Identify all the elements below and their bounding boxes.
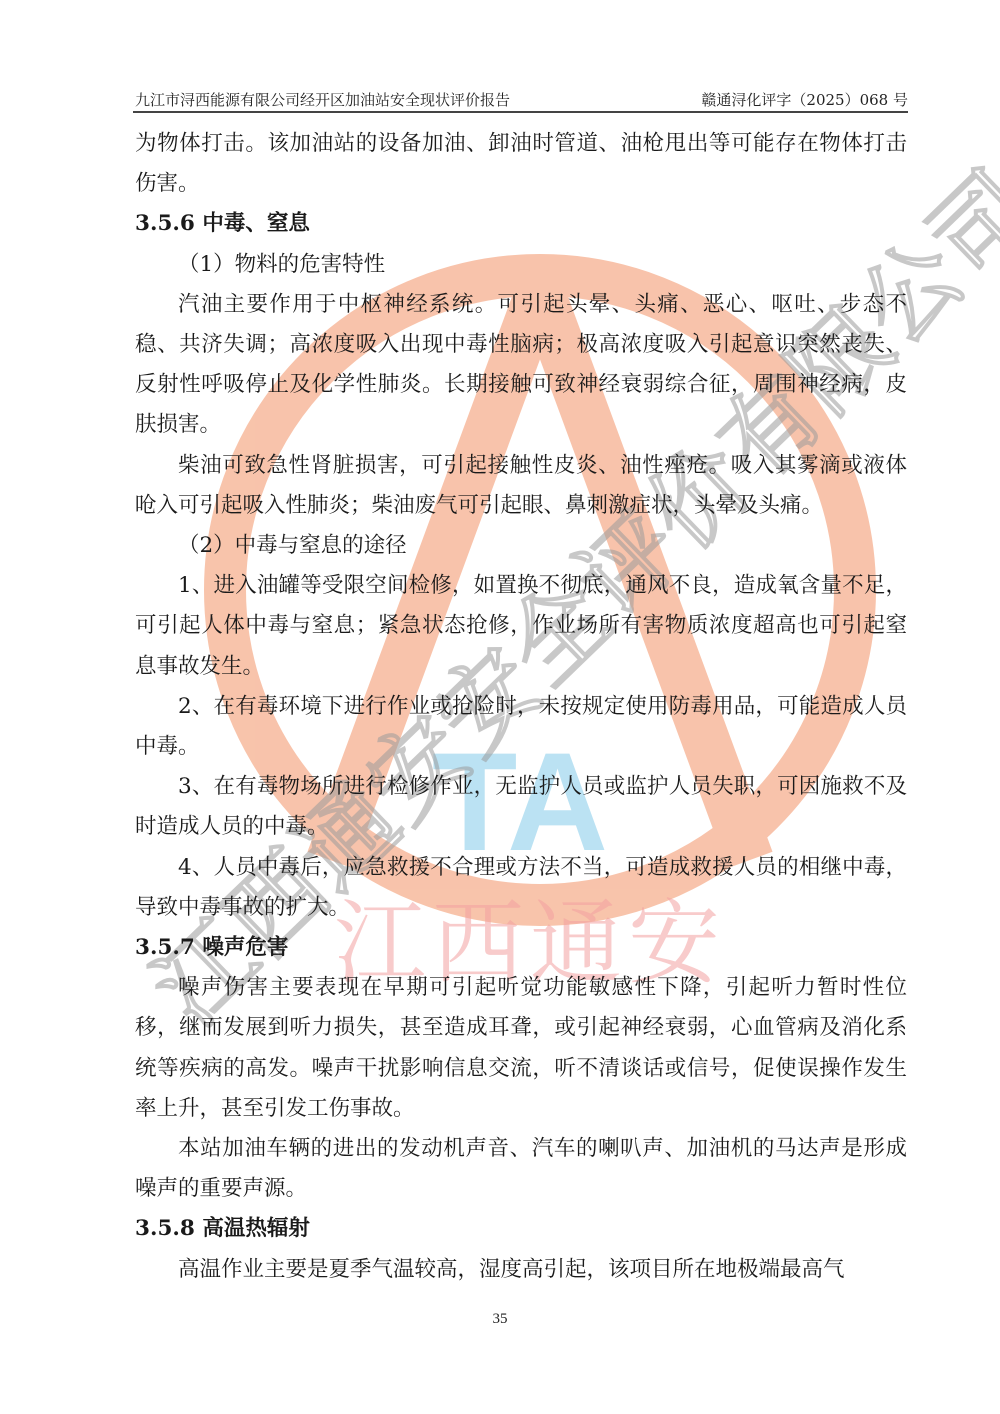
paragraph: 高温作业主要是夏季气温较高，湿度高引起，该项目所在地极端最高气 (135, 1250, 907, 1290)
subsection-heading: （2）中毒与窒息的途径 (135, 526, 907, 566)
section-heading-3-5-8: 3.5.8 高温热辐射 (135, 1209, 907, 1249)
list-item: 2、在有毒环境下进行作业或抢险时，未按规定使用防毒用品，可能造成人员中毒。 (135, 687, 907, 767)
list-item: 1、进入油罐等受限空间检修，如置换不彻底，通风不良，造成氧含量不足，可引起人体中… (135, 566, 907, 687)
paragraph: 本站加油车辆的进出的发动机声音、汽车的喇叭声、加油机的马达声是形成噪声的重要声源… (135, 1129, 907, 1209)
section-heading-3-5-6: 3.5.6 中毒、窒息 (135, 204, 907, 244)
subsection-heading: （1）物料的危害特性 (135, 245, 907, 285)
report-title: 九江市浔西能源有限公司经开区加油站安全现状评价报告 (135, 89, 510, 110)
header-divider (133, 111, 908, 113)
page-header: 九江市浔西能源有限公司经开区加油站安全现状评价报告 赣通浔化评字（2025）06… (135, 86, 908, 110)
list-item: 4、人员中毒后，应急救援不合理或方法不当，可造成救援人员的相继中毒，导致中毒事故… (135, 848, 907, 928)
document-body: 为物体打击。该加油站的设备加油、卸油时管道、油枪甩出等可能存在物体打击伤害。 3… (135, 124, 907, 1290)
list-item: 3、在有毒物场所进行检修作业，无监护人员或监护人员失职，可因施救不及时造成人员的… (135, 767, 907, 847)
paragraph: 噪声伤害主要表现在早期可引起听觉功能敏感性下降，引起听力暂时性位移，继而发展到听… (135, 968, 907, 1129)
page-number: 35 (0, 1311, 1000, 1328)
paragraph: 柴油可致急性肾脏损害，可引起接触性皮炎、油性痤疮。吸入其雾滴或液体呛入可引起吸入… (135, 446, 907, 526)
paragraph: 为物体打击。该加油站的设备加油、卸油时管道、油枪甩出等可能存在物体打击伤害。 (135, 124, 907, 204)
document-number: 赣通浔化评字（2025）068 号 (701, 89, 908, 110)
section-heading-3-5-7: 3.5.7 噪声危害 (135, 928, 907, 968)
paragraph: 汽油主要作用于中枢神经系统。可引起头晕、头痛、恶心、呕吐、步态不稳、共济失调；高… (135, 285, 907, 446)
